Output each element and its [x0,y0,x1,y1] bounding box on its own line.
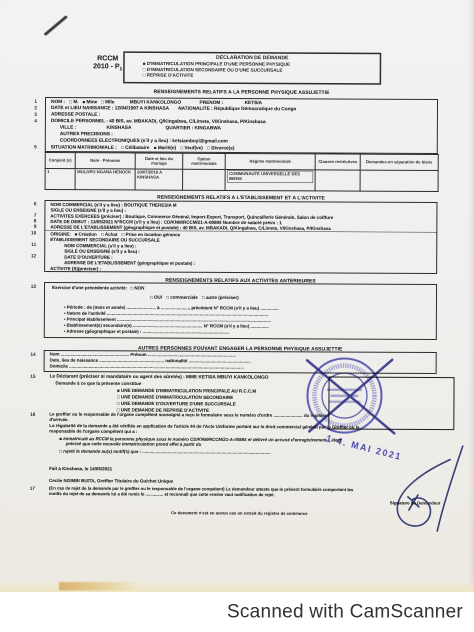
checkbox-oui-icon: □ [150,295,153,300]
greffier-p2-line2: responsable de l'organe compétent qui a … [49,429,137,434]
nom-value: MBUYI KANKOLONGO [130,99,181,105]
bullet-nature-text: Nature de l'activité ...................… [67,311,268,317]
option-commerciale: commerciale [170,295,198,300]
nom-label: NOM : [51,99,65,105]
field-adresse-postale: ADRESSE POSTALE : [51,112,100,118]
nationalite-value: NATIONALITE : République Démocratique du… [178,106,296,112]
header-cell: Option matrimoniale [183,153,226,169]
cell-option [183,169,226,190]
title-box: DECLARATION DE DEMANDE ■ D'IMMATRICULATI… [123,51,381,84]
checkbox-celibataire-icon: □ [121,145,124,150]
checkbox-mme-icon: ■ [82,99,85,104]
bullet-principal-text: Principal établissement ................… [67,317,271,323]
cell-clauses [315,170,360,191]
checkbox-rejete-icon: □ [59,449,62,454]
checkbox-mlle-icon: □ [101,99,104,104]
ville-value: KINSHASA [107,125,132,131]
checkbox-reprise-activite-icon: □ [143,73,146,79]
margin-number: 15 [22,374,36,380]
fait-a: Fait à Kinshasa, le 14/05/2021 [49,466,112,471]
option-mlle: Mlle [105,99,114,105]
spouse-table-row: 1 MULOPO NGANA HENOCK 20/07/2019 A KINSH… [45,168,438,191]
title-option-3-label: REPRISE D'ACTIVITE [147,73,194,78]
checkbox-demande-succursale-icon: □ [117,401,120,406]
field-domicile: DOMICILE PERSONNEL : 40 BIS, av. MBAKADI… [51,119,266,125]
prenom-value: KETSIA [245,100,262,106]
checkbox-commerciale-icon: □ [166,295,169,300]
bullet-adresse-text: Adresse (géographique et postale) : ....… [66,329,229,335]
margin-number: 5 [23,144,37,150]
precedente-activite-label: Exercice d'une précédente activité: [52,285,127,290]
demande-option-3-label: UNE DEMANDE D'OUVERTURE D'UNE SUCCURSALE [121,401,236,407]
checkbox-location-gerance-icon: □ [122,232,125,237]
option-mme: Mme [86,99,97,105]
field-sigle: SIGLE OU ENSEIGNE (s'il y a lieu) : [50,208,126,213]
section1-title: RENSEIGNEMENTS RELATIFS A LA PERSONNE PH… [45,88,438,96]
header-cell: Clauses restrictives [315,154,360,170]
option-autre: autre (préciser) [206,295,239,300]
cell-index: 1 [45,168,75,189]
rccm-form: RCCM 2010 - P1 DECLARATION DE DEMANDE ■ … [0,0,474,593]
checkbox-non-icon: □ [130,286,133,291]
ville-label: VILLE : [60,125,76,131]
checkbox-demande-secondaire-icon: □ [117,395,120,400]
greffier-option-immatricule-line2: précisé que cette nouvelle immatriculati… [66,442,202,448]
title-option-3: □ REPRISE D'ACTIVITE [143,73,380,80]
quartier-value: QUARTIER : KINGABWA [166,125,221,131]
checkbox-veuf-icon: □ [180,145,183,150]
option-marie: Marié(e) [158,145,176,151]
checkbox-achat-icon: □ [101,232,104,237]
checkbox-m-icon: □ [69,99,72,104]
option-creation: Création [79,232,97,237]
margin-number: 12 [22,253,36,259]
round-stamp [289,345,420,446]
margin-number: 13 [22,284,36,290]
field-autres-precisions: AUTRES PRECISIONS : [60,132,113,138]
cell-regime: COMMUNAUTE UNIVERSELLE DES BIENS [225,169,315,190]
prenom-label: PRENOM : [200,100,224,106]
margin-number: 2 [23,105,37,111]
cell-nom: MULOPO NGANA HENOCK [75,169,135,190]
title-option-2-label: D'IMMATRICULATION SECONDAIRE OU D'UNE SU… [147,67,283,73]
option-divorce: Divorcé(e) [211,145,234,151]
header-cell: Conjoint (s) [45,152,75,168]
field-oui-options: □ OUI □ commerciale □ autre (préciser) [150,295,239,301]
checkbox-creation-icon: ■ [75,232,78,237]
field-etablissement-secondaire: ETABLISSEMENT SECONDAIRE OU SUCCURSALE [50,237,159,243]
clerk-name: Cecile NGIMBI BUITA, Greffier Titulaire … [49,478,173,484]
field-activite-2: ACTIVITE (S)(préciser) : [50,266,101,271]
margin-number: 10 [22,230,36,236]
option-m: M. [73,99,78,105]
checkbox-immatricule-icon: ■ [59,436,62,441]
option-oui: OUI [154,295,162,300]
field-adresse-etablissement-2: ADRESSE DE L'ETABLISSEMENT (géographique… [64,260,195,266]
field-coordonnees: COORDONNEES ELECTRONIQUES (s'il y a lieu… [60,138,228,144]
option-non: NON [134,285,144,290]
margin-number: 4 [23,118,37,124]
margin-number: 1 [23,99,37,105]
regime-value: COMMUNAUTE UNIVERSELLE DES BIENS [227,170,313,183]
page: RCCM 2010 - P1 DECLARATION DE DEMANDE ■ … [0,0,474,632]
field-situation-matrimoniale: SITUATION MATRIMONIALE : □ Célibataire ■… [51,145,235,152]
checkbox-divorce-icon: □ [207,145,210,150]
header-cell: Date et lieu du mariage [135,153,183,169]
option-veuf: Veuf(ve) [184,145,203,151]
field-autre-personne-domicile: Domicile ...............................… [50,364,244,370]
scan-edge-smudge [59,582,139,591]
greffier-option-rejete-label: rejeté la demande au(x) motif(s) que : .… [63,449,271,455]
signature [375,437,471,547]
origine-label: ORIGINE: [50,232,71,237]
demande-option-3: □ UNE DEMANDE D'OUVERTURE D'UNE SUCCURSA… [117,401,236,407]
margin-number: 6 [22,201,36,207]
declarant-sub: Demande à ce que la présente constitue [56,381,142,386]
form-code-line2: 2010 - P [93,62,120,70]
field-date-ouverture: DATE D'OUVERTURE : [64,255,113,260]
checkbox-autre-icon: □ [202,295,205,300]
header-cell: Régime matrimoniale [225,153,315,169]
margin-number: 16 [21,412,35,418]
margin-number: 11 [22,242,36,248]
greffier-p1-line1: Le greffier ou le responsable de l'organ… [49,412,326,418]
field-precedente-activite: Exercice d'une précédente activité: □ NO… [52,285,144,291]
margin-number: 3 [23,112,37,118]
declarant-intro: Le Déclarant (préciser si mandataire ou … [50,374,269,380]
cell-demandes [360,170,438,191]
demande-option-2: □ UNE DEMANDE D'IMMATRICULATION SECONDAI… [117,394,233,400]
demande-option-1: ■ UNE DEMANDE D'IMMATRICULATION PRINCIPA… [117,388,256,394]
demande-option-1-label: UNE DEMANDE D'IMMATRICULATION PRINCIPALE… [121,388,256,394]
option-celibataire: Célibataire [125,145,149,151]
header-cell: Demandes-en séparation de biens [360,154,438,170]
spouse-table: Conjoint (s) Nom - Prénoms Date et lieu … [45,152,439,192]
field-sigle-2: SIGLE OU ENSEIGNE (s'il y a lieu) : [64,249,140,254]
margin-number: 17 [21,486,35,492]
naissance-value: DATE et LIEU NAISSANCE : 12/04/1997 A KI… [51,105,169,111]
bullet-secondaire-text: Etablissement(s) secondaire(s) .........… [67,323,269,329]
option-achat: Achat [105,232,118,237]
checkbox-demande-principale-icon: ■ [117,388,120,393]
bullet-adresse: ▪ Adresse (géographique et postale) : ..… [64,329,230,335]
greffier-option-rejete: □ rejeté la demande au(x) motif(s) que :… [59,449,270,456]
rejet-note-line2: motifs du rejet de sa demande lui a été … [49,492,275,498]
situation-label: SITUATION MATRIMONIALE : [51,145,117,151]
form-code-subscript: 1 [120,66,123,72]
greffier-p1-line2: d'arrivée. [49,418,68,423]
header-cell: Nom - Prénoms [75,153,135,169]
camscanner-watermark: Scanned with CamScanner [227,601,463,623]
checkbox-marie-icon: ■ [154,145,157,150]
cell-date-mariage: 20/07/2019 A KINSHASA [135,169,183,190]
scanned-document: RCCM 2010 - P1 DECLARATION DE DEMANDE ■ … [0,0,474,592]
margin-number: 14 [22,352,36,358]
demande-option-2-label: UNE DEMANDE D'IMMATRICULATION SECONDAIRE [121,394,233,400]
option-location-gerance: Prise en location gérance [126,232,181,237]
margin-number: 9 [22,224,36,230]
